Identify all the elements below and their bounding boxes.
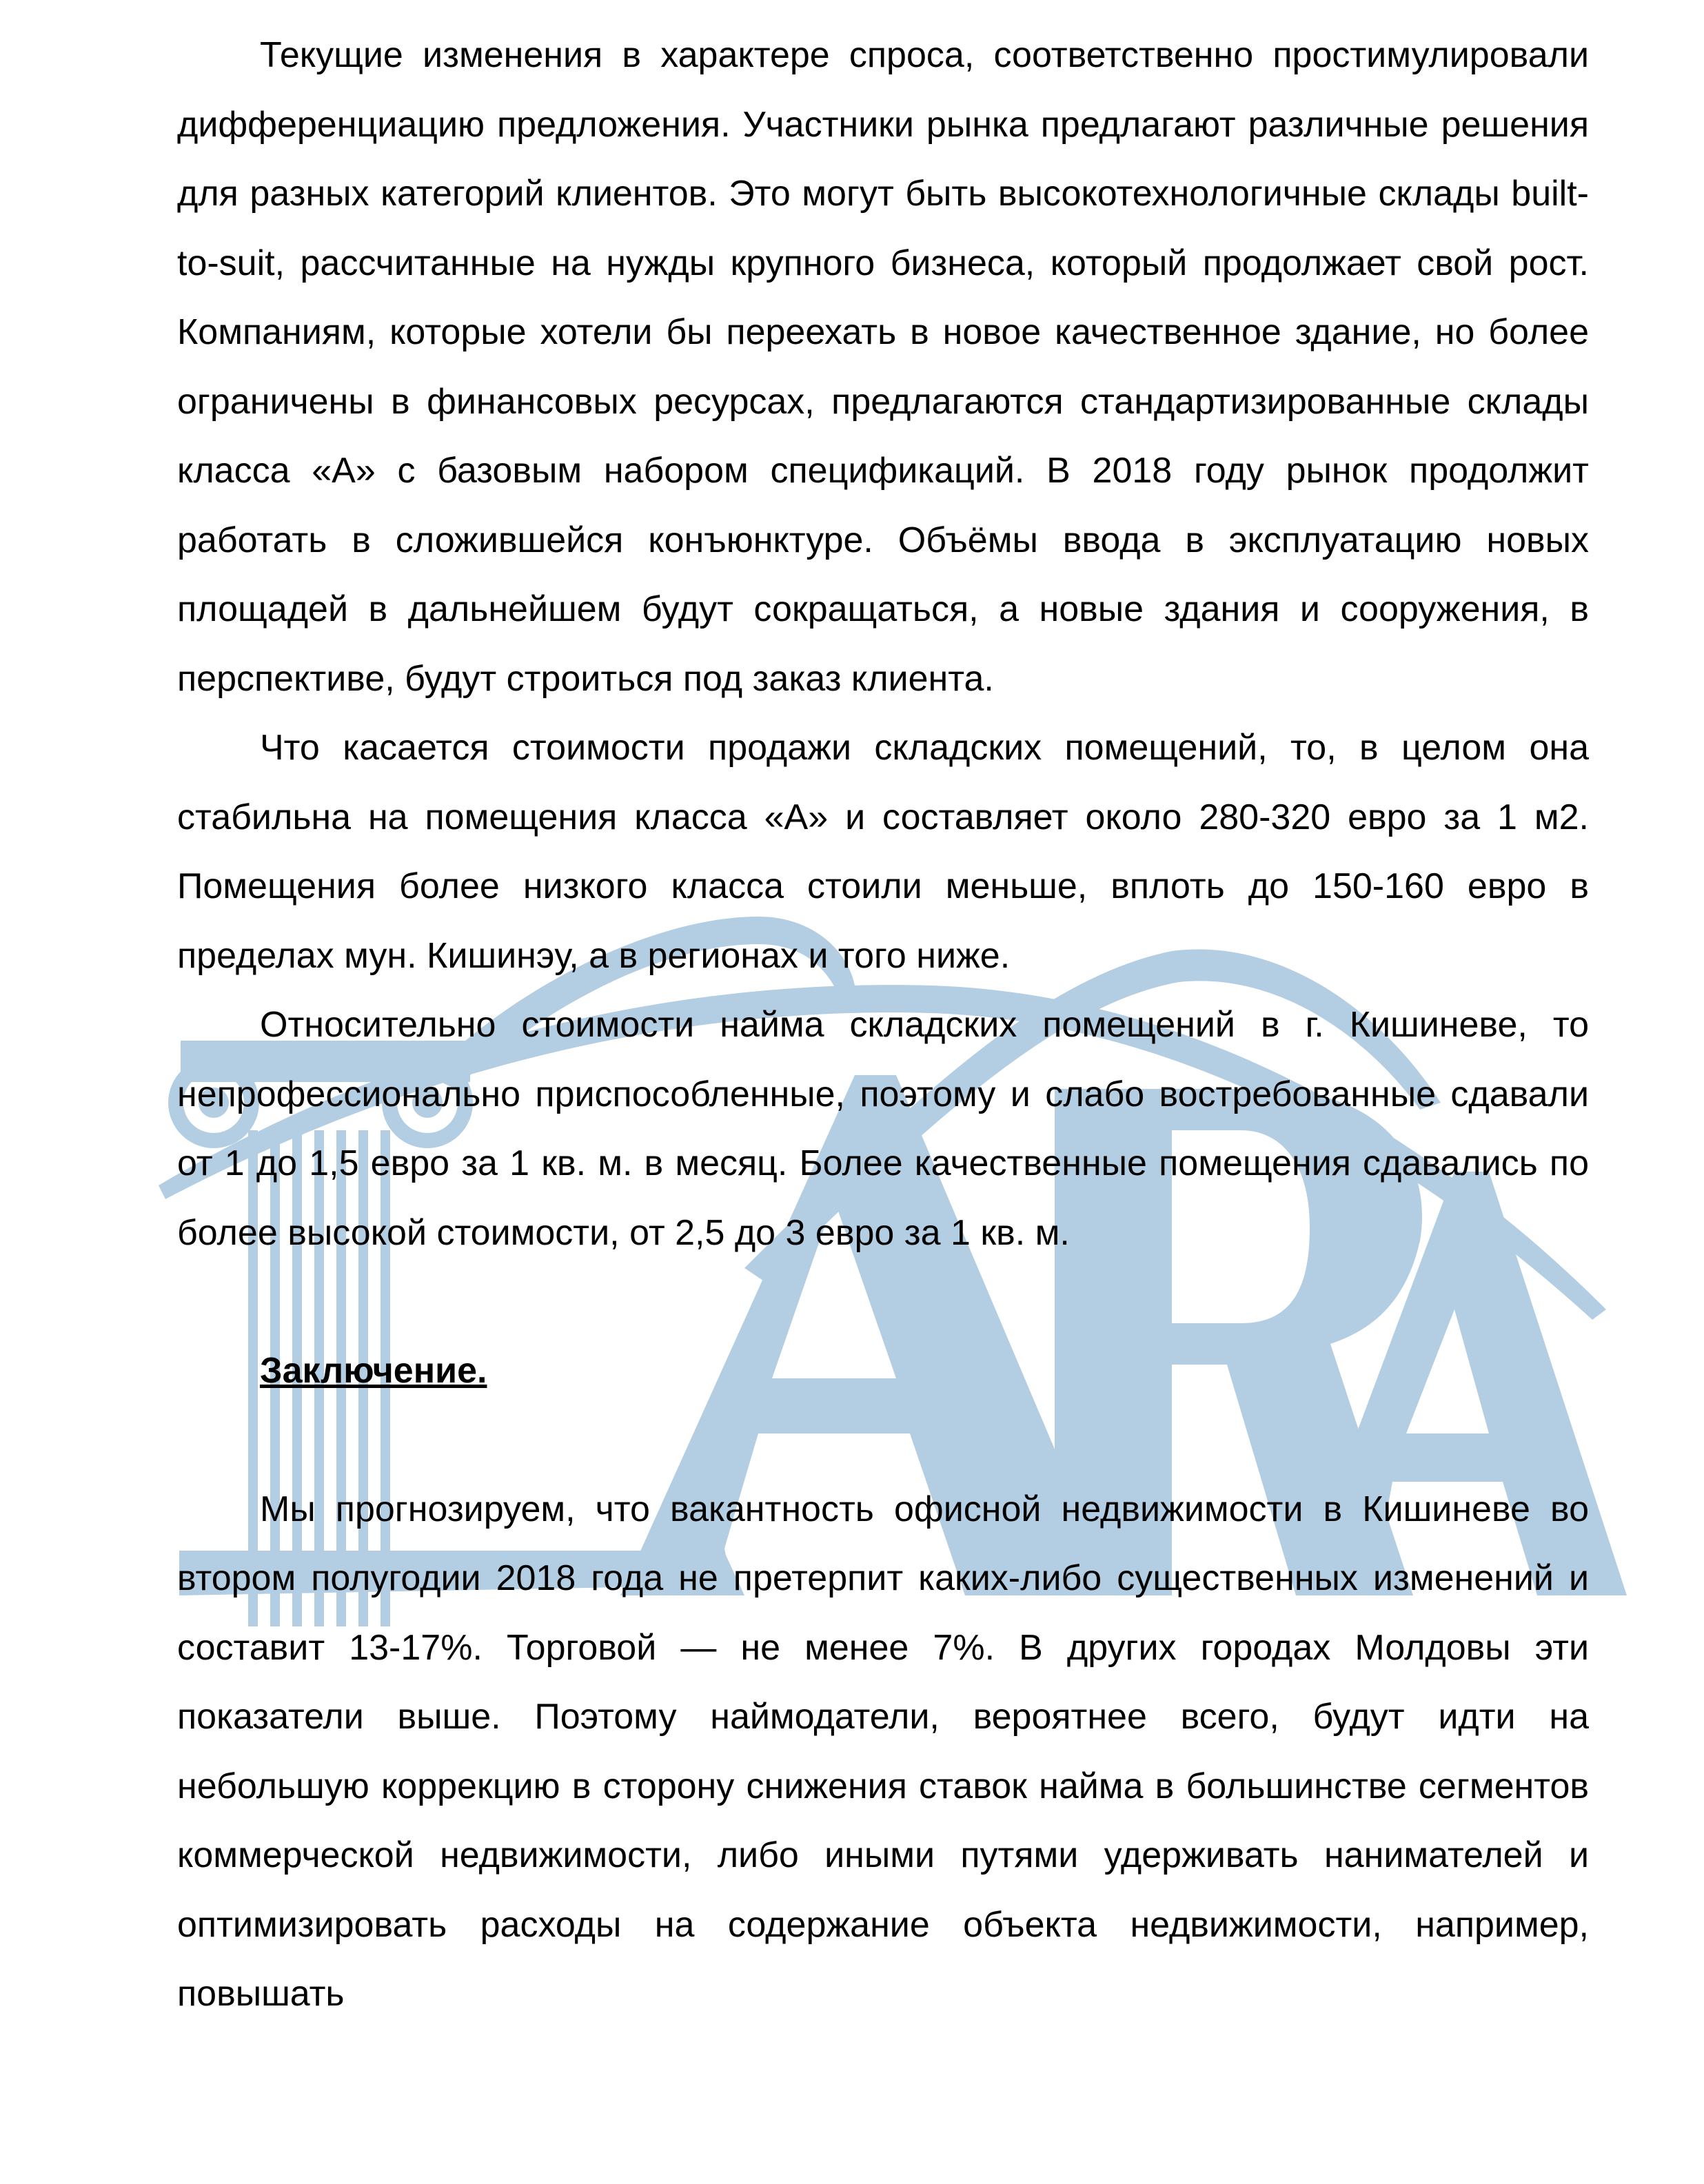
paragraph-sale-prices: Что касается стоимости продажи складских… [177, 713, 1589, 990]
paragraph-rental-prices: Относительно стоимости найма складских п… [177, 990, 1589, 1267]
document-page: Текущие изменения в характере спроса, со… [177, 21, 1589, 2029]
paragraph-forecast: Мы прогнозируем, что вакантность офисной… [177, 1475, 1589, 2029]
section-heading-conclusion: Заключение. [177, 1336, 1589, 1406]
paragraph-demand-changes: Текущие изменения в характере спроса, со… [177, 21, 1589, 713]
